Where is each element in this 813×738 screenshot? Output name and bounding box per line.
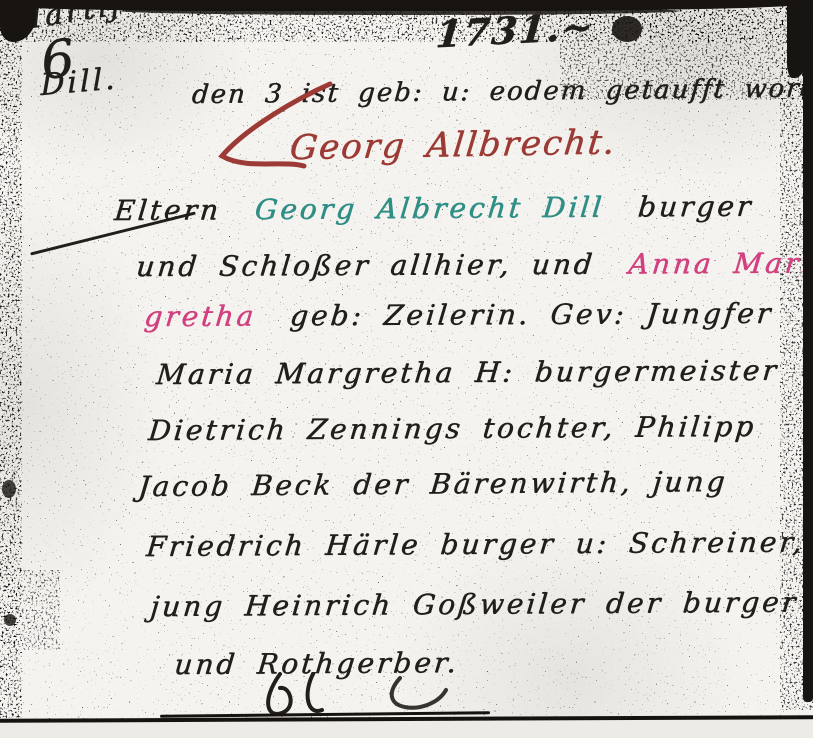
godparents-line-6: und Rothgerber. (173, 646, 461, 681)
father-suffix: burger (636, 190, 754, 224)
godparents-line-5: jung Heinrich Goßweiler der burger (149, 585, 800, 623)
edge-speck (4, 614, 16, 626)
father-name: Georg Albrecht Dill (253, 191, 605, 226)
godparents-line-1: Maria Margretha H: burgermeister (155, 354, 781, 391)
mother-line-rest: geb: Zeilerin. Gev: Jungfer (288, 297, 774, 333)
ink-blot (612, 16, 642, 42)
next-page-edge (0, 720, 813, 738)
godparents-line-2: Dietrich Zennings tochter, Philipp (147, 410, 758, 447)
parents-label: Eltern (113, 193, 223, 227)
mother-name-start: Anna Mar: (627, 246, 813, 280)
residence-line: und Schloßer allhier, und Anna Mar: (135, 246, 813, 283)
parents-line: Eltern Georg Albrecht Dill burger (113, 190, 755, 227)
scan-border-top-ragged (120, 7, 680, 15)
scan-border-right (803, 0, 813, 702)
mother-name-end: gretha (143, 299, 258, 333)
godparents-line-4: Friedrich Härle burger u: Schreiner, (145, 525, 806, 563)
manuscript-page: Martij 6 Dill. 1731.~ den 3 ist geb: u: … (0, 0, 813, 738)
margin-surname: Dill. (40, 61, 118, 103)
mother-line: gretha geb: Zeilerin. Gev: Jungfer (143, 297, 775, 333)
residence-text: und Schloßer allhier, und (135, 248, 597, 283)
child-name: Georg Allbrecht. (288, 122, 619, 168)
godparents-line-3: Jacob Beck der Bärenwirth, jung (137, 465, 729, 503)
intro-line: den 3 ist geb: u: eodem getaufft worden: (191, 73, 813, 110)
edge-speck (2, 480, 16, 498)
